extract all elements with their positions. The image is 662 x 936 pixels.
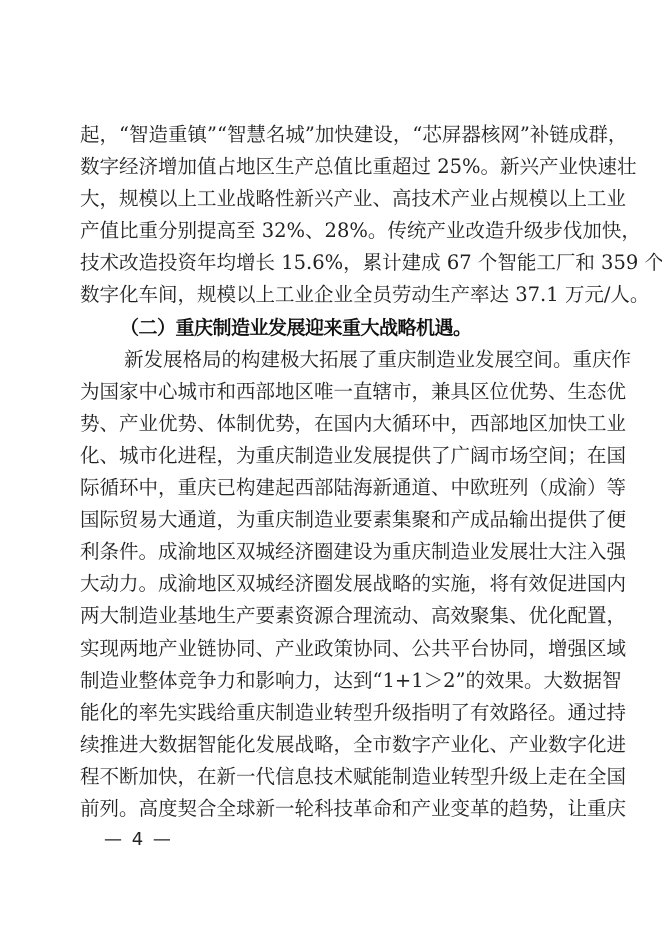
paragraph-line: 起，“智造重镇”“智慧名城”加快建设，“芯屏器核网”补链成群， xyxy=(80,119,580,151)
paragraph-line: 新发展格局的构建极大拓展了重庆制造业发展空间。重庆作 xyxy=(80,344,580,376)
paragraph-line: 化、城市化进程，为重庆制造业发展提供了广阔市场空间；在国 xyxy=(80,440,580,472)
paragraph-line: 技术改造投资年均增长 15.6%，累计建成 67 个智能工厂和 359 个 xyxy=(80,247,580,279)
paragraph-line: 利条件。成渝地区双城经济圈建设为重庆制造业发展壮大注入强 xyxy=(80,536,580,568)
paragraph-line: 数字经济增加值占地区生产总值比重超过 25%。新兴产业快速壮 xyxy=(80,151,580,183)
document-page: 起，“智造重镇”“智慧名城”加快建设，“芯屏器核网”补链成群， 数字经济增加值占… xyxy=(0,0,662,936)
paragraph-line: 大，规模以上工业战略性新兴产业、高技术产业占规模以上工业 xyxy=(80,183,580,215)
paragraph-line: 国际贸易大通道，为重庆制造业要素集聚和产成品输出提供了便 xyxy=(80,504,580,536)
paragraph-line: 数字化车间，规模以上工业企业全员劳动生产率达 37.1 万元/人。 xyxy=(80,279,580,311)
paragraph-line: 续推进大数据智能化发展战略，全市数字产业化、产业数字化进 xyxy=(80,729,580,761)
paragraph-line: 为国家中心城市和西部地区唯一直辖市，兼具区位优势、生态优 xyxy=(80,376,580,408)
paragraph-line: 程不断加快，在新一代信息技术赋能制造业转型升级上走在全国 xyxy=(80,761,580,793)
paragraph-line: 大动力。成渝地区双城经济圈发展战略的实施，将有效促进国内 xyxy=(80,568,580,600)
paragraph-line: 制造业整体竞争力和影响力，达到“1+1＞2”的效果。大数据智 xyxy=(80,665,580,697)
paragraph-line: 产值比重分别提高至 32%、28%。传统产业改造升级步伐加快， xyxy=(80,215,580,247)
paragraph-line: 能化的率先实践给重庆制造业转型升级指明了有效路径。通过持 xyxy=(80,697,580,729)
page-number: — 4 — xyxy=(104,829,173,850)
paragraph-line: 两大制造业基地生产要素资源合理流动、高效聚集、优化配置， xyxy=(80,600,580,632)
section-heading: （二）重庆制造业发展迎来重大战略机遇。 xyxy=(80,312,580,344)
paragraph-line: 实现两地产业链协同、产业政策协同、公共平台协同，增强区域 xyxy=(80,633,580,665)
paragraph-line: 前列。高度契合全球新一轮科技革命和产业变革的趋势，让重庆 xyxy=(80,793,580,825)
paragraph-line: 际循环中，重庆已构建起西部陆海新通道、中欧班列（成渝）等 xyxy=(80,472,580,504)
paragraph-line: 势、产业优势、体制优势，在国内大循环中，西部地区加快工业 xyxy=(80,408,580,440)
body-text: 起，“智造重镇”“智慧名城”加快建设，“芯屏器核网”补链成群， 数字经济增加值占… xyxy=(80,119,580,825)
